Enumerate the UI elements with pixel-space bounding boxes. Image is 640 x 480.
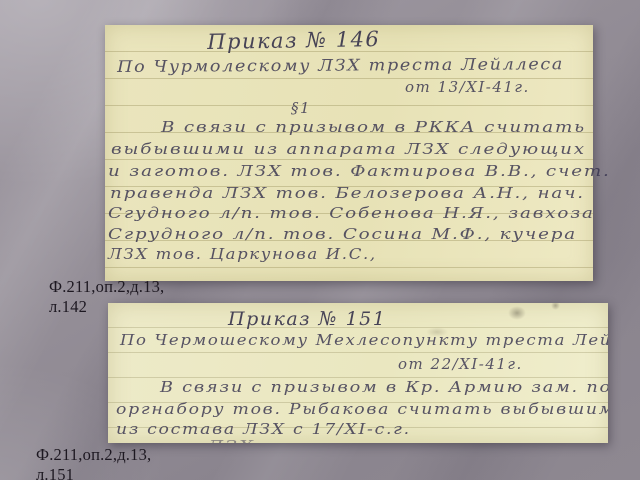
order-151-body-line: В связи с призывом в Кр. Армию зам. по [160, 378, 608, 396]
order-146-body-line: правенда ЛЗХ тов. Белозерова А.Н., нач. [110, 184, 585, 202]
slide-canvas: Приказ № 146 По Чурмолескому ЛЗХ треста … [0, 0, 640, 480]
order-146-body-line: ЛЗХ тов. Царкунова И.С., [108, 245, 377, 263]
order-151-title: Приказ № 151 [228, 308, 386, 330]
archive-ref-line: Ф.211,оп.2,д.13, [36, 445, 151, 465]
archive-ref-line: Ф.211,оп.2,д.13, [49, 277, 164, 297]
order-151-date: от 22/ХІ-41г. [398, 355, 523, 373]
document-scan-order-151: Приказ № 151 По Чермошескому Мехлесопунк… [108, 303, 608, 443]
order-151-body-line: из состава ЛЗХ с 17/ХІ-с.г. [116, 420, 411, 438]
order-146-header-line: По Чурмолескому ЛЗХ треста Лейллеса [117, 54, 564, 76]
order-146-body-line: В связи с призывом в РККА считать [161, 118, 586, 136]
ink-stain [508, 306, 526, 320]
order-151-clipped-line: нач. ЛЗХ [148, 437, 255, 443]
ink-stain [551, 303, 560, 310]
order-146-section-mark: §1 [291, 99, 311, 117]
order-146-body-line: и заготов. ЛЗХ тов. Фактирова В.В., счет… [108, 162, 611, 180]
order-151-body-line: оргнабору тов. Рыбакова считать выбывшим [116, 400, 608, 418]
document-scan-order-146: Приказ № 146 По Чурмолескому ЛЗХ треста … [105, 25, 593, 281]
order-146-date: от 13/ХІ-41г. [405, 78, 530, 96]
order-146-body-line: выбывшими из аппарата ЛЗХ следующих [111, 140, 586, 158]
order-146-body-line: Сгудного л/п. тов. Собенова Н.Я., завхоз… [108, 204, 595, 222]
order-146-title: Приказ № 146 [207, 27, 381, 54]
archive-ref-line: л.151 [36, 465, 151, 480]
order-146-body-line: Сгрудного л/п. тов. Сосина М.Ф., кучера [108, 225, 577, 243]
archive-reference-151: Ф.211,оп.2,д.13, л.151 [36, 445, 151, 480]
order-151-header-line: По Чермошескому Мехлесопункту треста Лей… [120, 331, 608, 349]
